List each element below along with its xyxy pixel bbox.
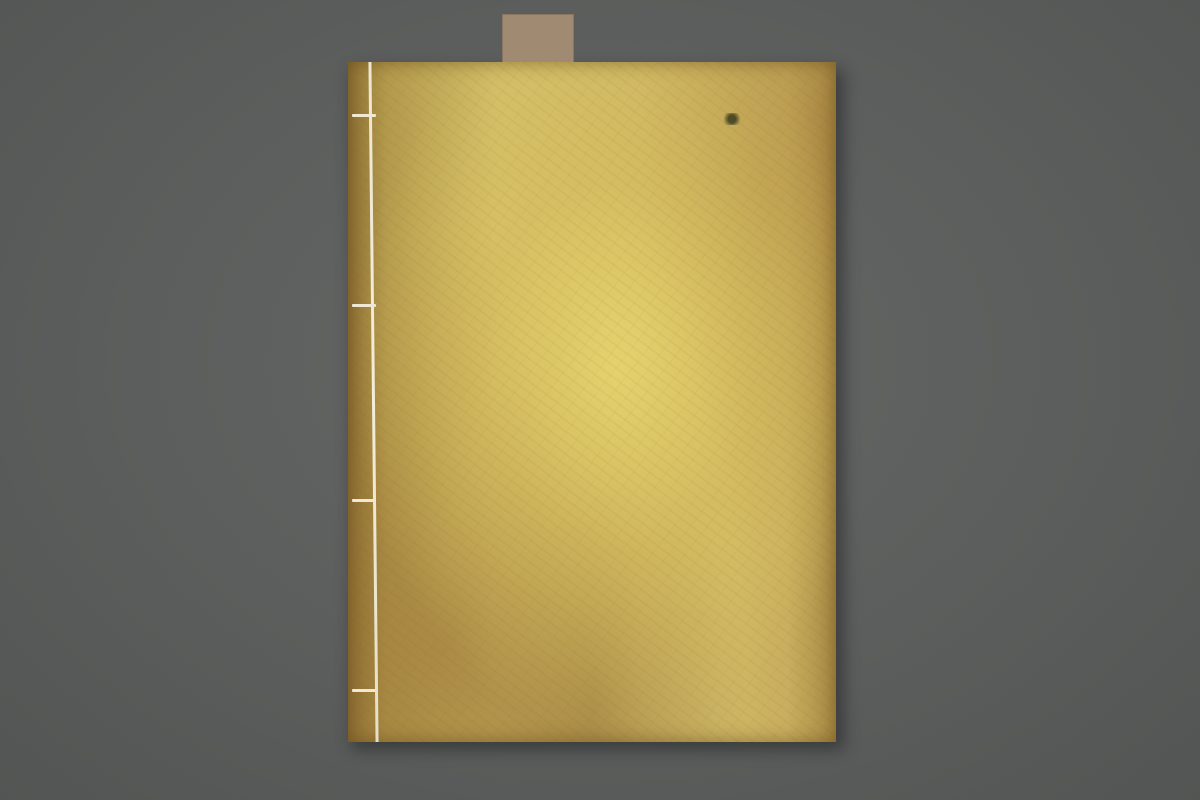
catalog-label-slip <box>502 14 574 66</box>
book-cover <box>348 62 836 742</box>
ink-stain <box>721 113 743 125</box>
binding-stitch <box>352 304 376 307</box>
binding-stitch <box>352 114 376 117</box>
binding-stitch <box>352 689 376 692</box>
paper-texture <box>348 62 836 742</box>
binding-stitch <box>352 499 376 502</box>
